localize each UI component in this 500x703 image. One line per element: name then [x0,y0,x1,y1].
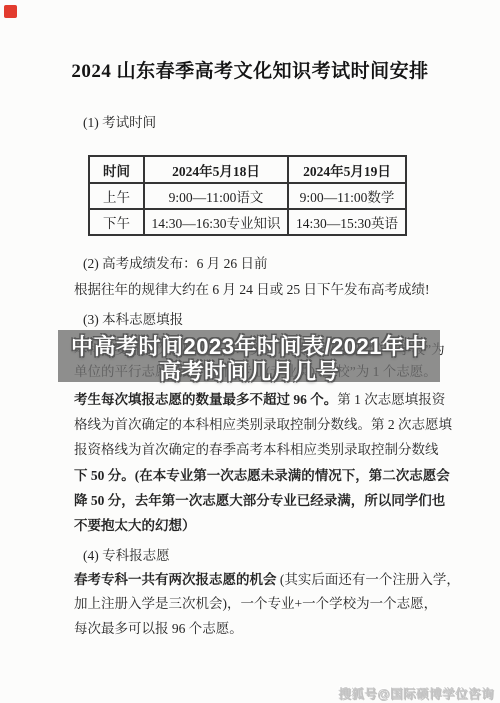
section-3-line: 不要抱太大的幻想） [74,517,196,535]
caption-line-2: 高考时间几月几号 [58,355,440,386]
table-header-day1: 2024年5月18日 [144,156,288,183]
section-2-paragraph: 根据往年的规律大约在 6 月 24 日或 25 日下午发布高考成绩! [74,281,430,299]
cell-afternoon-label: 下午 [89,209,144,235]
bold-run: 春考专科一共有两次报志愿的机会 [74,572,277,587]
table-header-day2: 2024年5月19日 [288,156,406,183]
watermark-text: 搜狐号@国际硕博学位咨询 [338,684,494,702]
section-2-heading: (2) 高考成绩发布：6 月 26 日前 [83,255,268,273]
section-3-heading: (3) 本科志愿填报 [83,311,183,329]
bold-run: 考生每次填报志愿的数量最多不超过 96 个。 [74,392,337,407]
table-row: 上午 9:00—11:00语文 9:00—11:00数学 [89,183,406,209]
section-3-line: 降 50 分，去年第一次志愿大部分专业已经录满，所以同学们也 [74,492,445,510]
section-4-heading: (4) 专科报志愿 [83,547,170,565]
regular-run: (其实后面还有一个注册入学， [277,572,460,587]
corner-badge-icon [4,5,17,18]
cell-afternoon-day2: 14:30—15:30英语 [288,209,406,235]
article-title: 2024 山东春季高考文化知识考试时间安排 [0,56,500,83]
cell-morning-label: 上午 [89,183,144,209]
cell-morning-day1: 9:00—11:00语文 [144,183,288,209]
section-4-line: 加上注册入学是三次机会)，一个专业+一个学校为一个志愿， [74,595,437,613]
section-1-heading: (1) 考试时间 [83,114,156,132]
article-page: 2024 山东春季高考文化知识考试时间安排 (1) 考试时间 时间 2024年5… [0,0,500,703]
section-3-line: 格线为首次确定的本科相应类别录取控制分数线。第 2 次志愿填 [74,416,452,434]
section-3-line: 下 50 分。(在本专业第一次志愿未录满的情况下，第二次志愿会 [74,467,450,485]
table-row: 下午 14:30—16:30专业知识 14:30—15:30英语 [89,209,406,235]
table-header-time: 时间 [89,156,144,183]
section-4-line: 春考专科一共有两次报志愿的机会 (其实后面还有一个注册入学， [74,571,460,589]
regular-run: 第 1 次志愿填报资 [337,392,445,407]
exam-schedule-table: 时间 2024年5月18日 2024年5月19日 上午 9:00—11:00语文… [88,155,407,236]
section-4-line: 每次最多可以报 96 个志愿。 [74,620,243,638]
caption-overlay-band: 中高考时间2023年时间表/2021年中 高考时间几月几号 [58,330,440,382]
section-3-line: 考生每次填报志愿的数量最多不超过 96 个。第 1 次志愿填报资 [74,391,445,409]
cell-morning-day2: 9:00—11:00数学 [288,183,406,209]
section-3-line: 报资格线为首次确定的春季高考本科相应类别录取控制分数线 [74,441,439,459]
cell-afternoon-day1: 14:30—16:30专业知识 [144,209,288,235]
table-header-row: 时间 2024年5月18日 2024年5月19日 [89,156,406,183]
